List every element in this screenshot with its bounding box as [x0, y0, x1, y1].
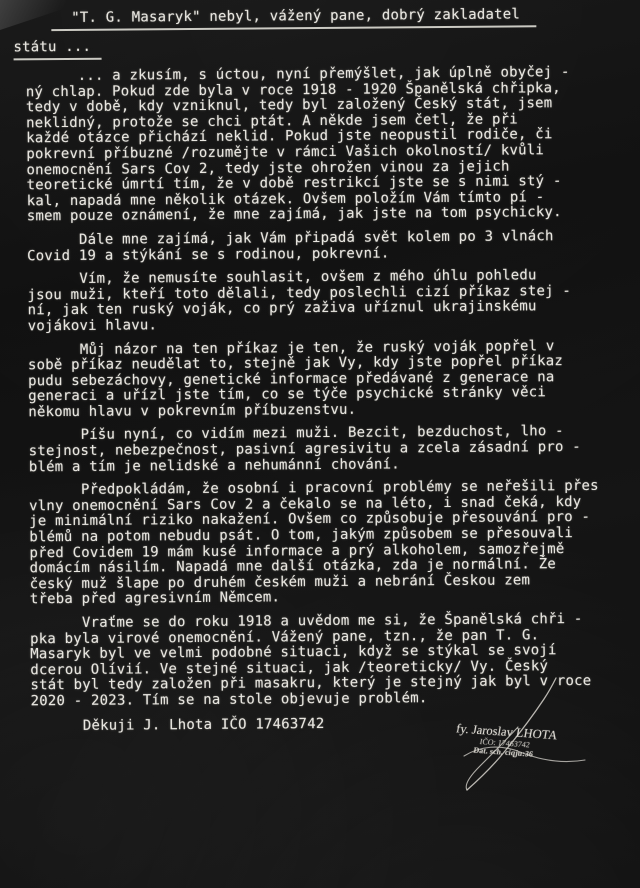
- paragraph-1: ... a zkusím, s úctou, nyní přemýšlet, j…: [26, 65, 615, 226]
- stamp-ico-number: IČO: 17463742: [448, 735, 561, 752]
- paragraph-2: Dále mne zajímá, jak Vám připadá svět ko…: [27, 229, 615, 265]
- paragraph-4: Můj názor na ten příkaz je ten, že ruský…: [28, 338, 617, 421]
- letter-page: "T. G. Masaryk" nebyl, vážený pane, dobr…: [0, 0, 640, 888]
- paragraph-3: Vím, že nemusíte souhlasit, ovšem z mého…: [27, 268, 615, 335]
- paragraph-7: Vraťme se do roku 1918 a uvědom me si, ž…: [30, 612, 619, 710]
- title-line-1: "T. G. Masaryk" nebyl, vážený pane, dobr…: [51, 6, 536, 31]
- letter-content: "T. G. Masaryk" nebyl, vážený pane, dobr…: [0, 0, 640, 735]
- stamp-databox-id: Dat. sch. ciqju:36: [447, 744, 560, 761]
- paragraph-6: Předpokládám, že osobní i pracovní probl…: [29, 479, 618, 608]
- title-line-2: státu ...: [13, 39, 101, 61]
- letter-title: "T. G. Masaryk" nebyl, vážený pane, dobr…: [25, 6, 613, 61]
- closing-signature-line: Děkuji J. Lhota IČO 17463742: [31, 714, 619, 734]
- paragraph-5: Píšu nyní, co vidím mezi muži. Bezcit, b…: [28, 424, 616, 475]
